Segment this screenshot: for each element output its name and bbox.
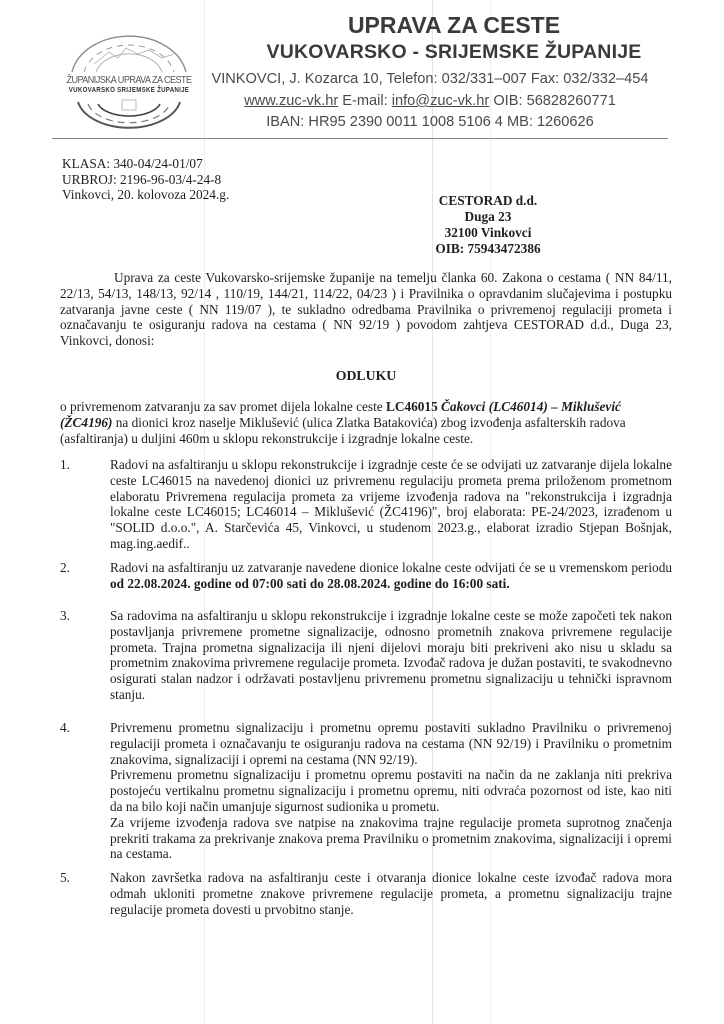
letterhead-contact: www.zuc-vk.hr E-mail: info@zuc-vk.hr OIB… bbox=[204, 93, 656, 109]
work-period: od 22.08.2024. godine od 07:00 sati do 2… bbox=[110, 576, 510, 591]
agency-oib: OIB: 56828260771 bbox=[493, 93, 616, 109]
agency-logo: ŽUPANIJSKA UPRAVA ZA CESTE VUKOVARSKO SR… bbox=[54, 24, 204, 134]
logo-text-primary: ŽUPANIJSKA UPRAVA ZA CESTE bbox=[66, 74, 192, 86]
decision-item-4: 4. Privremenu prometnu signalizaciju i p… bbox=[60, 720, 672, 862]
decision-subject: o privremenom zatvaranju za sav promet d… bbox=[60, 399, 672, 446]
website-link[interactable]: www.zuc-vk.hr bbox=[244, 93, 338, 109]
klasa: KLASA: 340-04/24-01/07 bbox=[62, 156, 229, 172]
email-label: E-mail: bbox=[342, 93, 387, 109]
decision-title: ODLUKU bbox=[60, 368, 672, 384]
urbroj: URBROJ: 2196-96-03/4-24-8 bbox=[62, 172, 229, 188]
decision-item-1: 1. Radovi na asfaltiranju u sklopu rekon… bbox=[60, 457, 672, 552]
letterhead-subtitle: VUKOVARSKO - SRIJEMSKE ŽUPANIJE bbox=[214, 41, 694, 64]
recipient-block: CESTORAD d.d. Duga 23 32100 Vinkovci OIB… bbox=[400, 193, 576, 257]
letterhead-bank: IBAN: HR95 2390 0011 1008 5106 4 MB: 126… bbox=[204, 114, 656, 130]
email-link[interactable]: info@zuc-vk.hr bbox=[392, 93, 490, 109]
decision-item-2: 2. Radovi na asfaltiranju uz zatvaranje … bbox=[60, 560, 672, 592]
letterhead-divider bbox=[52, 138, 668, 139]
letterhead-address: VINKOVCI, J. Kozarca 10, Telefon: 032/33… bbox=[204, 71, 656, 87]
road-code: LC46015 bbox=[386, 399, 438, 414]
decision-item-3: 3. Sa radovima na asfaltiranju u sklopu … bbox=[60, 608, 672, 703]
logo-text-secondary: VUKOVARSKO SRIJEMSKE ŽUPANIJE bbox=[65, 87, 193, 94]
recipient-street: Duga 23 bbox=[400, 209, 576, 225]
recipient-oib: OIB: 75943472386 bbox=[400, 241, 576, 257]
document-page: ŽUPANIJSKA UPRAVA ZA CESTE VUKOVARSKO SR… bbox=[0, 0, 724, 1024]
intro-paragraph: Uprava za ceste Vukovarsko-srijemske žup… bbox=[60, 270, 672, 349]
place-date: Vinkovci, 20. kolovoza 2024.g. bbox=[62, 187, 229, 203]
recipient-city: 32100 Vinkovci bbox=[400, 225, 576, 241]
reference-block: KLASA: 340-04/24-01/07 URBROJ: 2196-96-0… bbox=[62, 156, 229, 203]
decision-item-5: 5. Nakon završetka radova na asfaltiranj… bbox=[60, 870, 672, 917]
recipient-name: CESTORAD d.d. bbox=[400, 193, 576, 209]
letterhead-title: UPRAVA ZA CESTE bbox=[214, 12, 694, 39]
